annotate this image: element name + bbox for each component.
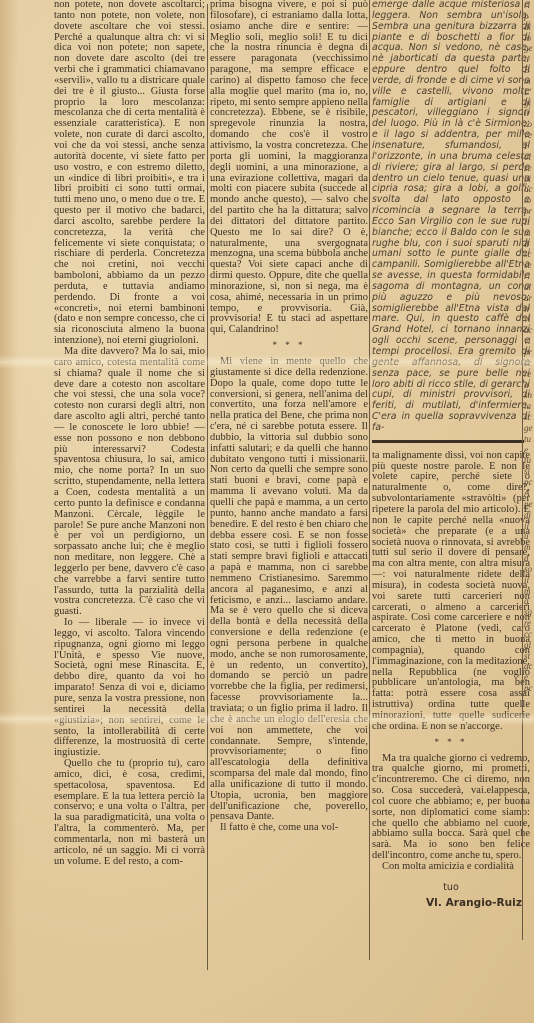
edge-fragment: ac [524,184,534,195]
column-rule [522,0,523,940]
edge-fragment: tr [524,54,534,65]
paragraph: Ma tra qualche giorno ci vedremo, tra qu… [372,754,530,862]
edge-fragment: ar [524,293,534,304]
column-2: prima bisogna vivere, e poi si può filos… [210,0,368,834]
paragraph: Ma dite davvero? Ma lo sai, mio caro ami… [54,347,205,618]
edge-fragment: pe [524,499,534,510]
edge-fragment: ge [524,43,534,54]
edge-fragment: se [524,260,534,271]
edge-fragment: ac [524,325,534,336]
paper-fold [0,712,534,726]
column-rule [207,4,208,970]
edge-fragment: lo [524,33,534,44]
edge-fragment: sn [524,390,534,401]
column-1: non potete, non dovete ascoltarci; tanto… [54,0,205,868]
paragraph: ta malignamente dissi, voi non capite pi… [372,451,530,733]
edge-fragment: al [524,282,534,293]
cut-off-column-fragments: ripdilogetrBmL'giirzoveFolzebiactoprIlmd… [524,0,534,1023]
edge-fragment: d [524,553,534,564]
edge-fragment: zo [524,119,534,130]
edge-fragment: pr [524,206,534,217]
edge-fragment: tu [524,455,534,466]
edge-fragment: B [524,65,534,76]
author-signature: Vl. Arangio-Ruiz [372,898,530,909]
paragraph: Il fatto è che, come una vol- [210,823,368,834]
section-separator: * * * [372,737,530,748]
paragraph: non potete, non dovete ascoltarci; tanto… [54,0,205,347]
edge-fragment: tu [524,434,534,445]
edge-fragment: di [524,22,534,33]
edge-fragment: pc [524,477,534,488]
edge-fragment: il [524,521,534,532]
paper-fold [0,355,534,369]
edge-fragment: e [524,445,534,456]
edge-fragment: la [524,401,534,412]
edge-fragment: so [524,564,534,575]
edge-fragment: m [524,228,534,239]
edge-fragment: vi [524,314,534,325]
page-edge-shadow [0,0,18,1023]
column-3: emerge dalle acque misteriosa e leggera.… [372,0,530,909]
edge-fragment: Il [524,217,534,228]
edge-fragment: gl [524,640,534,651]
paragraph: Quello che tu (proprio tu), caro amico, … [54,759,205,867]
edge-fragment: sc [524,249,534,260]
edge-fragment: re [524,618,534,629]
edge-fragment: re [524,369,534,380]
edge-fragment: bi [524,174,534,185]
edge-fragment: tr [524,304,534,315]
edge-fragment: g [524,596,534,607]
edge-fragment: ol [524,152,534,163]
edge-fragment: gi [524,98,534,109]
edge-fragment: gc [524,661,534,672]
edge-fragment: sc [524,412,534,423]
newspaper-page: non potete, non dovete ascoltarci; tanto… [0,0,534,1023]
edge-fragment: sg [524,607,534,618]
section-separator: * * * [210,340,368,351]
article-divider [372,440,524,443]
edge-fragment: ze [524,163,534,174]
edge-fragment: a [524,380,534,391]
paragraph: Con molta amicizia e cordialità [372,862,530,873]
edge-fragment: A [524,488,534,499]
paragraph: Mi viene in mente quello che giustamente… [210,357,368,823]
edge-fragment: si [524,466,534,477]
edge-fragment: L' [524,87,534,98]
edge-fragment: u [524,531,534,542]
signoff: tuo [372,883,530,894]
edge-fragment: m [524,76,534,87]
edge-fragment: ir [524,108,534,119]
edge-fragment: vi [524,336,534,347]
edge-fragment: ri [524,0,534,11]
edge-fragment: e [524,672,534,683]
edge-fragment: m [524,586,534,597]
edge-fragment: ge [524,423,534,434]
edge-fragment: il [524,575,534,586]
paragraph: prima bisogna vivere, e poi si può filos… [210,0,368,336]
paragraph: Io — liberale — io invece vi leggo, vi a… [54,618,205,759]
edge-fragment: di [524,510,534,521]
edge-fragment: ve [524,130,534,141]
edge-fragment: pc [524,683,534,694]
edge-fragment: ri [524,271,534,282]
edge-fragment: p [524,11,534,22]
edge-fragment: m [524,542,534,553]
edge-fragment: st [524,651,534,662]
edge-fragment: d [524,239,534,250]
edge-fragment: to [524,195,534,206]
edge-fragment: F [524,141,534,152]
column-rule [369,0,370,960]
edge-fragment: cc [524,629,534,640]
